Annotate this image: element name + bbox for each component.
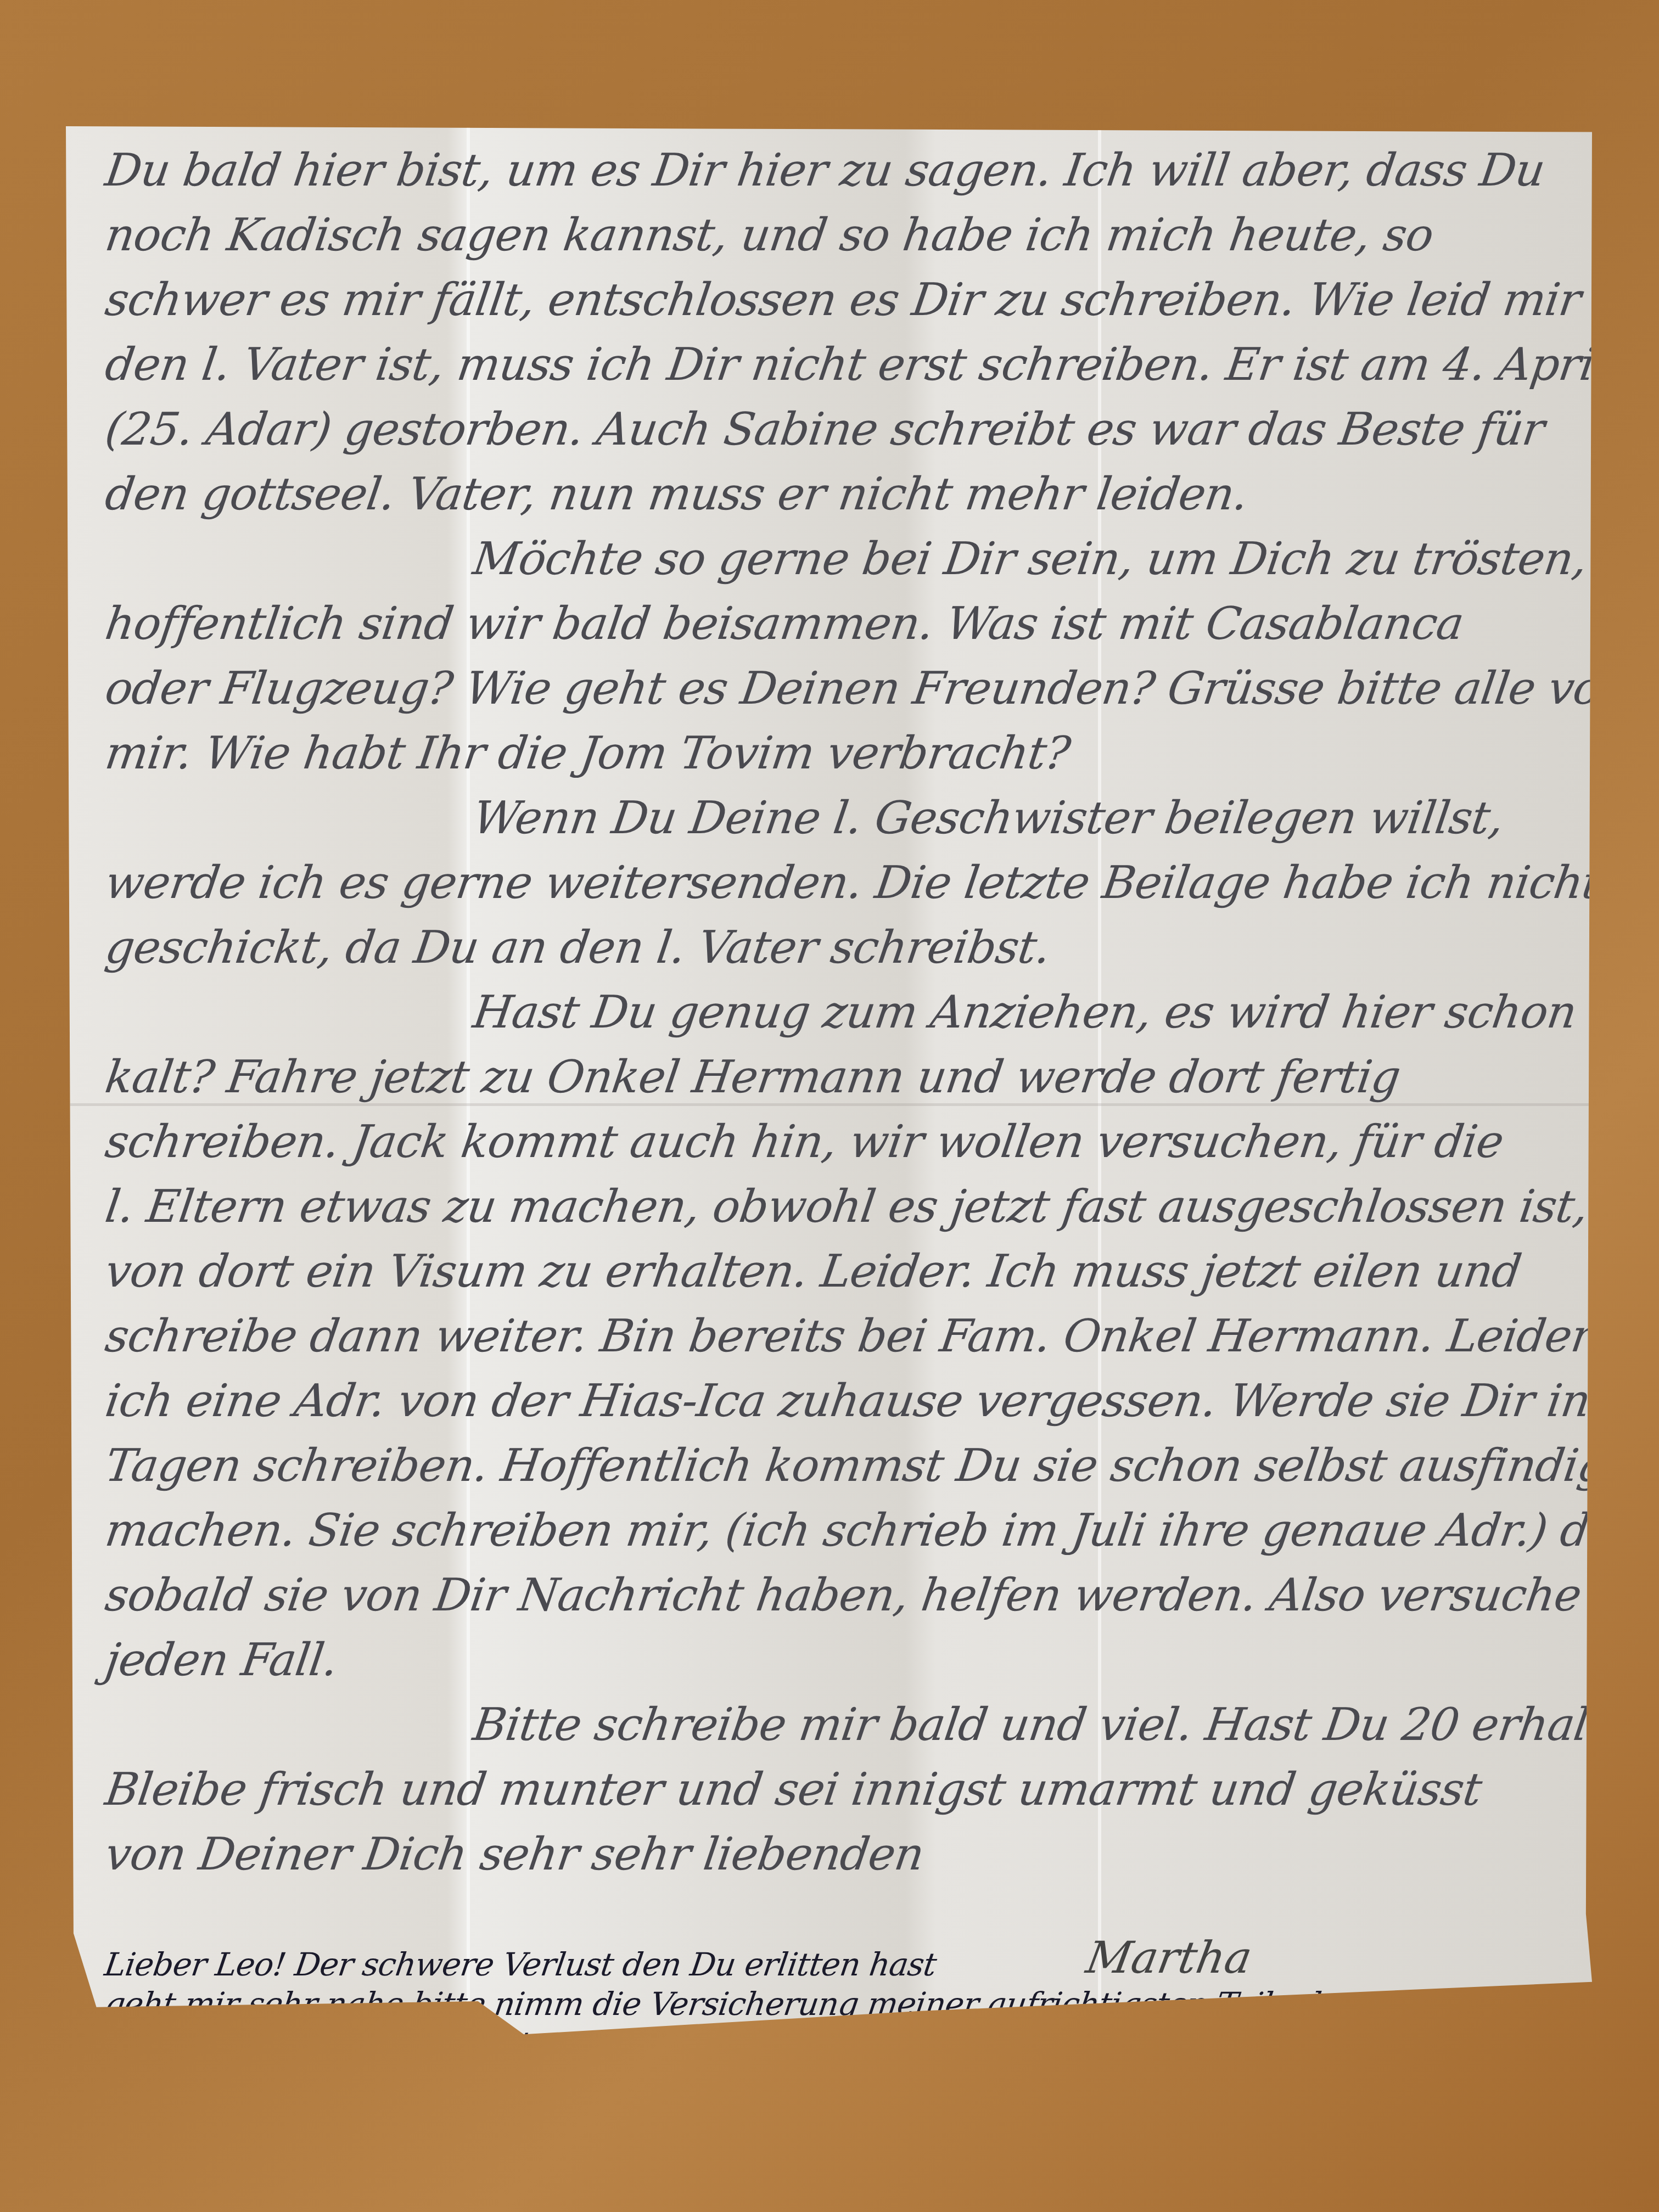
letter-line: Möchte so gerne bei Dir sein, um Dich zu… [100,537,1564,602]
postscript-line: geht mir sehr nahe bitte nimm die Versic… [102,1988,1498,2028]
letter-line: schreiben. Jack kommt auch hin, wir woll… [100,1120,1564,1184]
letter-line: sobald sie von Dir Nachricht haben, helf… [100,1573,1564,1638]
letter-line: mir. Wie habt Ihr die Jom Tovim verbrach… [100,731,1564,796]
postscript-line: Lieber Leo! Der schwere Verlust den Du e… [102,1949,1498,1988]
letter-line: geschickt, da Du an den l. Vater schreib… [100,925,1564,990]
letter-body: Du bald hier bist, um es Dir hier zu sag… [104,148,1559,1897]
letter-line: von dort ein Visum zu erhalten. Leider. … [100,1249,1564,1314]
letter-line: Wenn Du Deine l. Geschwister beilegen wi… [100,796,1564,861]
letter-line: den l. Vater ist, muss ich Dir nicht ers… [100,343,1564,407]
letter-line: Hast Du genug zum Anziehen, es wird hier… [100,990,1564,1055]
letter-line: schreibe dann weiter. Bin bereits bei Fa… [100,1314,1564,1379]
letter-line: Du bald hier bist, um es Dir hier zu sag… [100,148,1564,213]
letter-line: machen. Sie schreiben mir, (ich schrieb … [100,1508,1564,1573]
letter-line: noch Kadisch sagen kannst, und so habe i… [100,213,1564,278]
letter-line: Bitte schreibe mir bald und viel. Hast D… [100,1703,1564,1767]
letter-line: Bleibe frisch und munter und sei innigst… [100,1767,1564,1832]
letter-line: oder Flugzeug? Wie geht es Deinen Freund… [100,666,1564,731]
letter-line: jeden Fall. [100,1638,1564,1703]
letter-line: l. Eltern etwas zu machen, obwohl es jet… [100,1184,1564,1249]
letter-line: (25. Adar) gestorben. Auch Sabine schrei… [100,407,1564,472]
postscript: Lieber Leo! Der schwere Verlust den Du e… [104,1949,1495,2067]
letter-line: den gottseel. Vater, nun muss er nicht m… [100,472,1564,537]
letter-paper: Du bald hier bist, um es Dir hier zu sag… [66,126,1592,2069]
letter-line: kalt? Fahre jetzt zu Onkel Hermann und w… [100,1055,1564,1120]
letter-line: hoffentlich sind wir bald beisammen. Was… [100,602,1564,666]
postscript-line: entgegen. Ich hoffe Du bist gesund und e… [102,2028,1498,2067]
letter-line: werde ich es gerne weitersenden. Die let… [100,861,1564,925]
letter-line: ich eine Adr. von der Hias-Ica zuhause v… [100,1379,1564,1444]
letter-line: schwer es mir fällt, entschlossen es Dir… [100,278,1564,343]
letter-line: von Deiner Dich sehr sehr liebenden [100,1832,1564,1897]
letter-line: Tagen schreiben. Hoffentlich kommst Du s… [100,1444,1564,1508]
